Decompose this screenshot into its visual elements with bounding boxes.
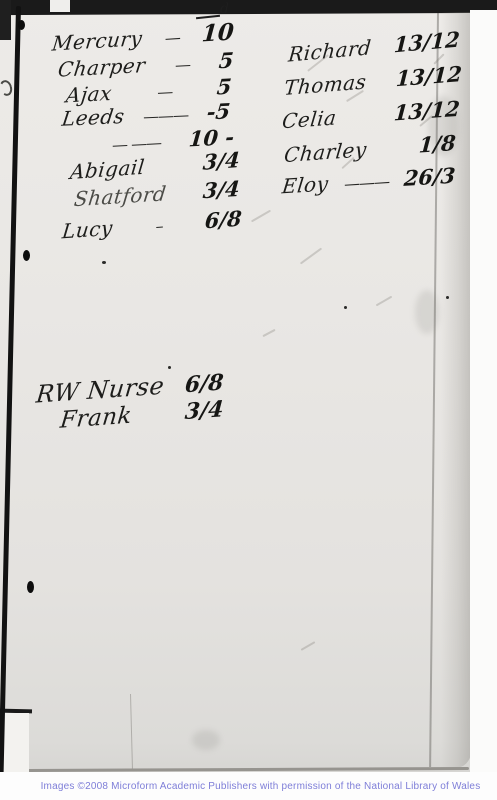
- credit-text: Images ©2008 Microform Academic Publishe…: [17, 781, 481, 792]
- binding-mark: [23, 250, 30, 261]
- entry-value: 26/3: [403, 163, 456, 191]
- entry-value: 5: [216, 74, 233, 100]
- entry-value: 3/4: [202, 176, 241, 203]
- entry-value: 3/4: [184, 396, 224, 425]
- paper-smudge: [415, 290, 439, 334]
- scan-background-right: [470, 10, 497, 772]
- entry-value: 10: [201, 18, 235, 47]
- manuscript-page: d Mercury — 10 Charper — 5 Ajax — 5 Leed…: [0, 0, 497, 772]
- entry-name: Lucy: [61, 216, 114, 244]
- entry-name: Frank: [59, 403, 134, 434]
- entry-value: 6/8: [204, 206, 243, 234]
- binding-mark: [18, 20, 25, 30]
- entry-name: Charley: [283, 137, 368, 167]
- credit-footer: Images ©2008 Microform Academic Publishe…: [0, 772, 497, 800]
- ink-dot: [344, 306, 347, 309]
- entry-name: Mercury: [51, 26, 144, 56]
- ink-dot: [446, 296, 449, 299]
- ledger-entry: Lucy – 6/8: [61, 206, 242, 243]
- ledger-entry: Eloy ——— 26/3: [281, 163, 456, 199]
- entry-name: Celia: [281, 105, 338, 133]
- ink-dot: [102, 261, 106, 264]
- entry-name: Richard: [287, 35, 372, 67]
- binding-gutter-line: [0, 6, 21, 800]
- ledger-entry: Charley 1/8: [283, 130, 456, 167]
- entry-name: Charper: [57, 53, 147, 82]
- ink-bleed-mark: [262, 329, 275, 337]
- entry-value: 6/8: [184, 369, 224, 398]
- entry-name: Shatford: [73, 181, 168, 211]
- paper-smudge: [192, 730, 220, 750]
- entry-value: 13/12: [393, 96, 461, 126]
- entry-dash: ———: [343, 172, 389, 194]
- entry-value: 13/12: [395, 61, 462, 91]
- entry-name: Eloy: [281, 171, 330, 198]
- ink-bleed-mark: [376, 296, 393, 307]
- entry-value: 1/8: [418, 130, 457, 158]
- film-edge-corner: [0, 0, 11, 40]
- entry-dash: ———: [143, 105, 189, 126]
- pence-mark: d: [220, 1, 229, 17]
- ink-bleed-mark: [300, 248, 322, 265]
- ink-bleed-mark: [251, 210, 271, 223]
- entry-dash: –: [155, 216, 163, 235]
- entry-dash: — ——: [111, 133, 161, 155]
- entry-value: -5: [205, 98, 231, 124]
- ink-bleed-mark: [301, 641, 316, 651]
- stray-ink-mark: [0, 79, 14, 98]
- page-crease-bottom-left: [130, 694, 133, 770]
- ink-dot: [168, 366, 171, 369]
- entry-dash: —: [174, 55, 190, 75]
- binding-mark: [27, 581, 34, 593]
- scanned-document-viewer: d Mercury — 10 Charper — 5 Ajax — 5 Leed…: [0, 0, 497, 800]
- entry-value: 3/4: [202, 147, 241, 175]
- entry-dash: —: [164, 28, 180, 48]
- film-edge-top: [0, 0, 497, 15]
- entry-dash: —: [157, 82, 173, 102]
- entry-name: Leeds: [61, 104, 127, 131]
- entry-value: 5: [218, 47, 235, 73]
- entry-name: Abigail: [69, 155, 146, 184]
- film-edge-notch: [50, 0, 70, 12]
